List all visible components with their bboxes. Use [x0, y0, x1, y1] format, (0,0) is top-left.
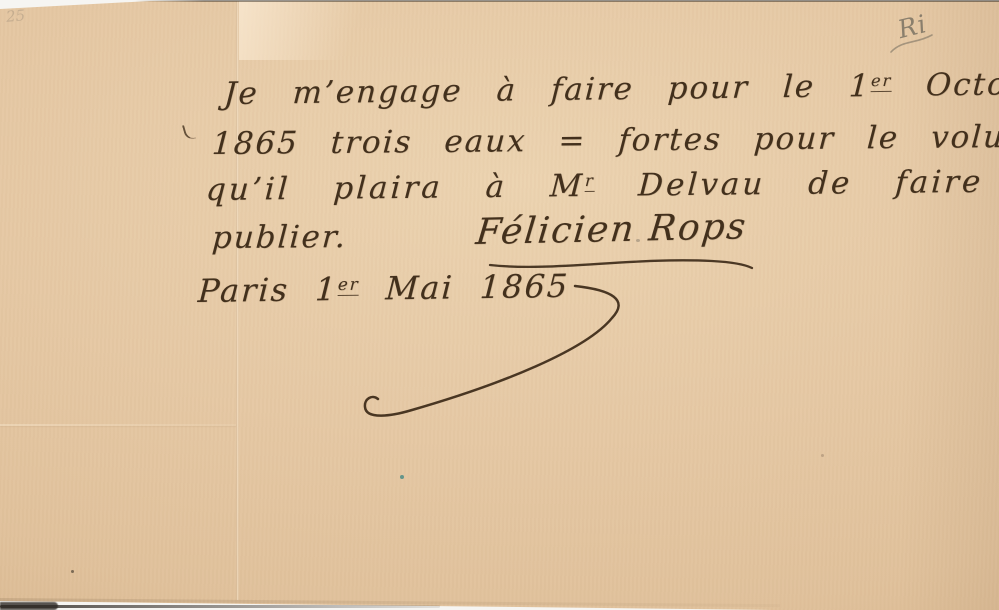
line1-text: Je m’engage à faire pour le 1: [223, 68, 872, 112]
paper-sheet: Je m’engage à faire pour le 1er Octobre …: [0, 0, 999, 610]
manuscript-line-4: publier.: [211, 219, 348, 256]
signature: Félicien Rops: [474, 206, 749, 253]
line1-text-cont: Octobre: [891, 66, 999, 104]
pencil-stroke-icon: [886, 32, 938, 58]
scanner-bottom-edge-line: [0, 605, 440, 608]
manuscript-line-2: 1865 trois eaux = fortes pour le volume: [211, 119, 999, 162]
left-horizontal-crease: [0, 424, 236, 426]
scan-background: Je m’engage à faire pour le 1er Octobre …: [0, 0, 999, 610]
gray-speck: [636, 239, 640, 242]
ink-mark: [182, 123, 196, 141]
top-fold-highlight: [239, 0, 394, 60]
manuscript-line-3: qu’il plaira à Mr Delvau de faire: [205, 164, 984, 208]
teal-ink-speck: [400, 475, 404, 479]
scanner-top-edge-line: [135, 0, 999, 2]
date-line-flourish: [352, 272, 672, 442]
faint-speck: [821, 454, 824, 457]
line1-superscript: er: [870, 71, 892, 92]
dark-speck: [71, 570, 74, 573]
line3-text-cont: Delvau de faire: [594, 164, 984, 204]
line3-text: qu’il plaira à M: [205, 168, 586, 208]
dateline-text: Paris 1: [197, 270, 339, 310]
manuscript-line-1: Je m’engage à faire pour le 1er Octobre: [223, 66, 999, 112]
pencil-annotation-top-left: 25: [5, 6, 26, 26]
